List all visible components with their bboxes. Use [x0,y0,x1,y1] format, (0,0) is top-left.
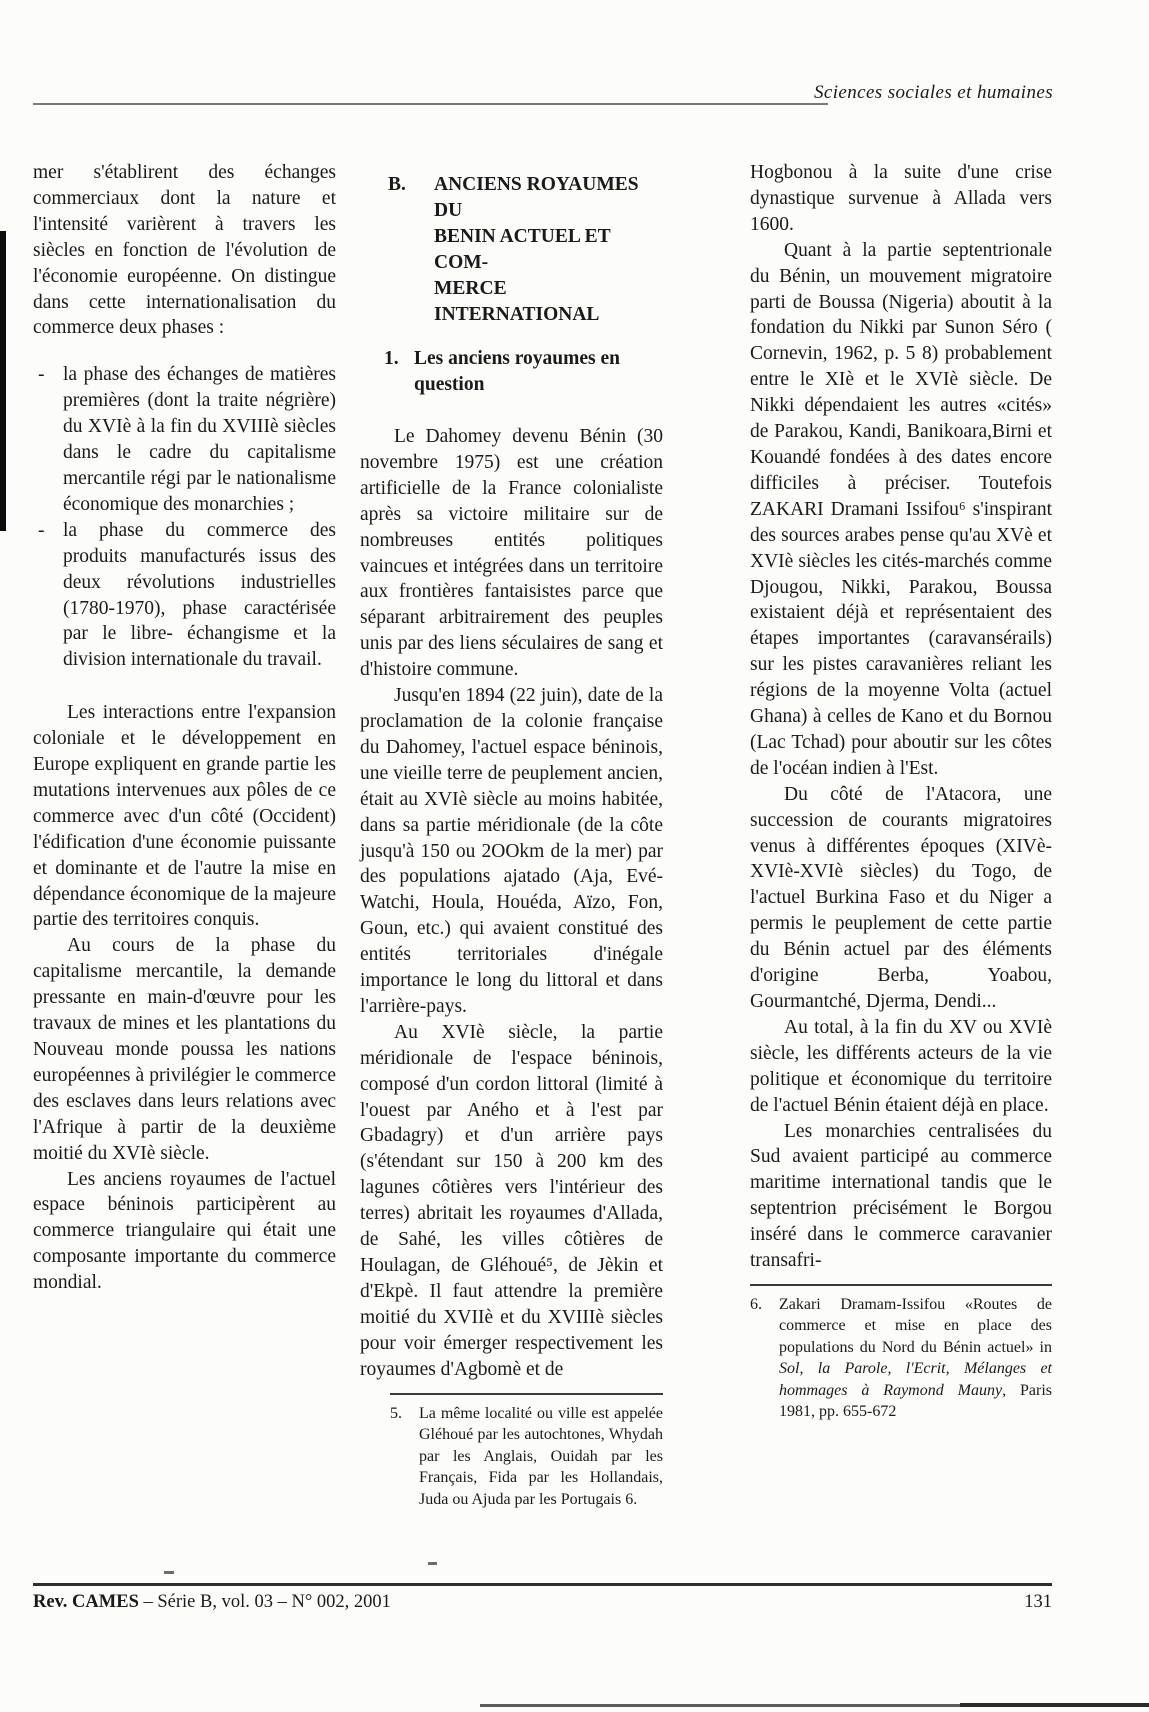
scan-edge-artifact [0,231,6,531]
paragraph: Au XVIè siècle, la partie méridionale de… [360,1020,663,1383]
paragraph: Quant à la partie septentrionale du Béni… [750,238,1052,782]
section-heading-text: ANCIENS ROYAUMES DU BENIN ACTUEL ET COM-… [434,172,663,328]
subsection-heading-text: Les anciens royaumes en question [414,346,620,398]
text-column-3: Hogbonou à la suite d'une crise dynastiq… [750,160,1052,1423]
spacer [33,673,336,700]
paragraph: Les anciens royaumes de l'actuel espace … [33,1167,336,1297]
paragraph: Les interactions entre l'expansion colon… [33,700,336,933]
paragraph: Au cours de la phase du capitalisme merc… [33,933,336,1166]
subsection-heading-1: 1. Les anciens royaumes en question [384,346,663,398]
section-heading-number: B. [388,172,434,328]
subsection-heading-number: 1. [384,346,414,398]
text-column-1: mer s'établirent des échanges commerciau… [33,160,336,1296]
paragraph: mer s'établirent des échanges commerciau… [33,160,336,341]
dash-marker: - [38,362,45,388]
journal-name: Rev. CAMES [33,1592,139,1612]
paragraph: Au total, à la fin du XV ou XVIè siècle,… [750,1015,1052,1119]
list-item-text: la phase des échanges de matières premiè… [63,364,336,515]
footnote-5: 5. La même localité ou ville est appelée… [390,1393,663,1511]
footnote-6: 6. Zakari Dramam-Issifou «Routes de comm… [750,1284,1052,1423]
journal-issue-info: – Série B, vol. 03 – N° 002, 2001 [139,1592,391,1612]
header-rule [33,103,828,105]
paragraph: Hogbonou à la suite d'une crise dynastiq… [750,160,1052,238]
section-heading-b: B. ANCIENS ROYAUMES DU BENIN ACTUEL ET C… [388,172,663,328]
footnote-text: Zakari Dramam-Issifou «Routes de commerc… [779,1294,1052,1423]
paragraph: Jusqu'en 1894 (22 juin), date de la proc… [360,683,663,1020]
list-item: - la phase des échanges de matières prem… [33,362,336,517]
footnote-number: 6. [750,1294,779,1423]
footnote-number: 5. [390,1403,419,1511]
footnote-text: La même localité ou ville est appelée Gl… [419,1403,663,1511]
scan-bottom-line [480,1704,985,1707]
footnote-text-plain: Zakari Dramam-Issifou «Routes de commerc… [779,1296,1052,1356]
paragraph: Le Dahomey devenu Bénin (30 novembre 197… [360,424,663,683]
paragraph: Du côté de l'Atacora, une succession de … [750,782,1052,1015]
footer-rule [33,1583,1052,1586]
running-title: Sciences sociales et humaines [640,82,1053,104]
spacer [33,341,336,362]
paragraph: Les monarchies centralisées du Sud avaie… [750,1119,1052,1274]
page-number: 131 [1002,1592,1052,1613]
text-column-2: B. ANCIENS ROYAUMES DU BENIN ACTUEL ET C… [360,160,663,1510]
journal-reference: Rev. CAMES – Série B, vol. 03 – N° 002, … [33,1592,391,1613]
dash-marker: - [38,518,45,544]
list-item: - la phase du commerce des produits manu… [33,518,336,673]
scan-bottom-line-dark [960,1703,1149,1707]
journal-page: Sciences sociales et humaines mer s'étab… [0,0,1149,1712]
scan-speck [428,1562,437,1565]
scan-speck [164,1571,174,1574]
list-item-text: la phase du commerce des produits manufa… [63,520,336,671]
